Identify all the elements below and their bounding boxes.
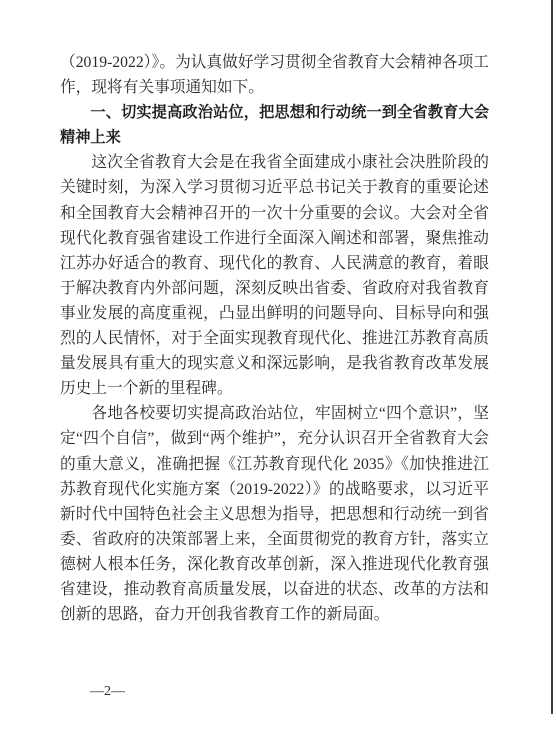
body-paragraph: 这次全省教育大会是在我省全面建成小康社会决胜阶段的关键时刻，为深入学习贯彻习近平… [60, 150, 489, 401]
document-page: （2019-2022）》。为认真做好学习贯彻全省教育大会精神各项工作，现将有关事… [0, 0, 556, 737]
section-heading: 一、切实提高政治站位，把思想和行动统一到全省教育大会精神上来 [60, 100, 489, 150]
document-text-block: （2019-2022）》。为认真做好学习贯彻全省教育大会精神各项工作，现将有关事… [60, 50, 489, 627]
continuation-paragraph: （2019-2022）》。为认真做好学习贯彻全省教育大会精神各项工作，现将有关事… [60, 50, 489, 100]
scan-edge-line [551, 0, 553, 714]
body-paragraph: 各地各校要切实提高政治站位，牢固树立“四个意识”，坚定“四个自信”，做到“两个维… [60, 401, 489, 627]
page-number: —2— [90, 684, 125, 700]
